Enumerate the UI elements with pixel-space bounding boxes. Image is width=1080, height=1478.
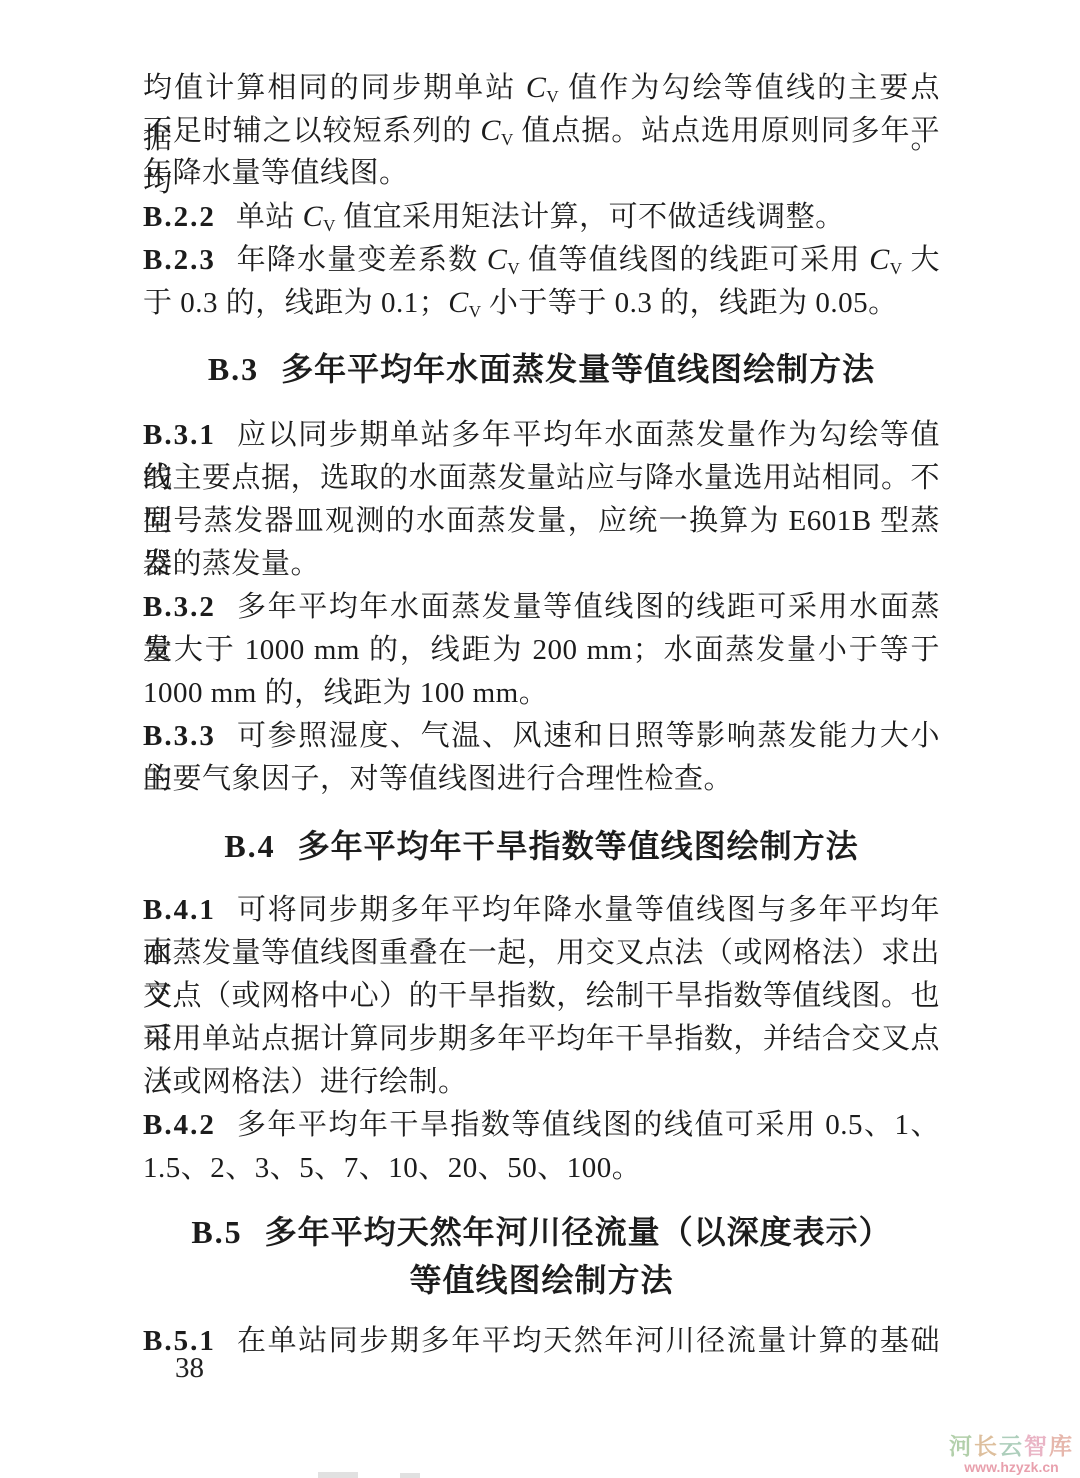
watermark-char: 智 xyxy=(1024,1433,1049,1459)
text-line: B.3.3可参照湿度、气温、风速和日照等影响蒸发能力大小的 xyxy=(143,715,940,758)
text-line: 量大于 1000 mm 的，线距为 200 mm；水面蒸发量小于等于 xyxy=(143,629,940,672)
clause-number: B.2.3 xyxy=(143,244,216,276)
heading-number: B.3 xyxy=(208,351,259,387)
heading-line: B.4多年平均年干旱指数等值线图绘制方法 xyxy=(143,823,940,869)
clause-number: B.3.1 xyxy=(143,419,216,451)
text-line: 叉点（或网格中心）的干旱指数，绘制干旱指数等值线图。也可 xyxy=(143,975,940,1018)
text-line: B.5.1在单站同步期多年平均天然年河川径流量计算的基础 xyxy=(143,1320,940,1363)
cv-symbol: CV xyxy=(303,201,336,233)
cv-symbol: CV xyxy=(480,115,513,147)
text-line: 均值计算相同的同步期单站 CV 值作为勾绘等值线的主要点据。 xyxy=(143,66,940,109)
clause-number: B.3.3 xyxy=(143,720,216,752)
text-line: B.4.2多年平均年干旱指数等值线图的线值可采用 0.5、1、 xyxy=(143,1104,940,1147)
cv-symbol: CV xyxy=(869,244,902,276)
heading-number: B.5 xyxy=(191,1214,242,1250)
cv-symbol: CV xyxy=(487,244,520,276)
watermark-char: 云 xyxy=(999,1433,1024,1459)
heading-line: B.5多年平均天然年河川径流量（以深度表示） xyxy=(143,1208,940,1256)
watermark: 河长云智库 www.hzyzk.cn xyxy=(949,1433,1074,1475)
section-heading: B.4多年平均年干旱指数等值线图绘制方法 xyxy=(143,823,940,869)
page-edge-artifact xyxy=(400,1473,420,1478)
watermark-char: 库 xyxy=(1049,1433,1074,1459)
heading-number: B.4 xyxy=(224,828,275,864)
document-page: 均值计算相同的同步期单站 CV 值作为勾绘等值线的主要点据。不足时辅之以较短系列… xyxy=(0,0,1080,1478)
text-line: 1.5、2、3、5、7、10、20、50、100。 xyxy=(143,1147,940,1190)
text-line: B.3.2多年平均年水面蒸发量等值线图的线距可采用水面蒸发 xyxy=(143,586,940,629)
section-heading: B.5多年平均天然年河川径流量（以深度表示）等值线图绘制方法 xyxy=(143,1208,940,1304)
text-line: 不足时辅之以较短系列的 CV 值点据。站点选用原则同多年平均 xyxy=(143,109,940,152)
watermark-char: 长 xyxy=(974,1433,999,1459)
text-line: 型号蒸发器皿观测的水面蒸发量，应统一换算为 E601B 型蒸发 xyxy=(143,500,940,543)
text-line: B.4.1可将同步期多年平均年降水量等值线图与多年平均年水 xyxy=(143,889,940,932)
watermark-char: 河 xyxy=(949,1433,974,1459)
heading-line: 等值线图绘制方法 xyxy=(143,1256,940,1304)
clause-number: B.2.2 xyxy=(143,201,216,233)
page-edge-artifact xyxy=(318,1472,358,1478)
text-line: 采用单站点据计算同步期多年平均年干旱指数，并结合交叉点法 xyxy=(143,1018,940,1061)
clause-number: B.4.1 xyxy=(143,894,216,926)
watermark-brand: 河长云智库 xyxy=(949,1433,1074,1459)
page-number: 38 xyxy=(175,1352,204,1385)
text-line: 主要气象因子，对等值线图进行合理性检查。 xyxy=(143,758,940,801)
section-heading: B.3多年平均年水面蒸发量等值线图绘制方法 xyxy=(143,346,940,392)
cv-symbol: CV xyxy=(448,287,481,319)
text-line: 面蒸发量等值线图重叠在一起，用交叉点法（或网格法）求出交 xyxy=(143,932,940,975)
text-line: B.2.2单站 CV 值宜采用矩法计算，可不做适线调整。 xyxy=(143,195,940,238)
text-line: 的主要点据，选取的水面蒸发量站应与降水量选用站相同。不同 xyxy=(143,457,940,500)
text-line: 1000 mm 的，线距为 100 mm。 xyxy=(143,672,940,715)
text-line: B.3.1应以同步期单站多年平均年水面蒸发量作为勾绘等值线 xyxy=(143,414,940,457)
clause-number: B.3.2 xyxy=(143,591,216,623)
clause-number: B.4.2 xyxy=(143,1109,216,1141)
text-line: 于 0.3 的，线距为 0.1；CV 小于等于 0.3 的，线距为 0.05。 xyxy=(143,281,940,324)
watermark-url: www.hzyzk.cn xyxy=(949,1459,1074,1475)
document-body: 均值计算相同的同步期单站 CV 值作为勾绘等值线的主要点据。不足时辅之以较短系列… xyxy=(143,66,940,1363)
heading-line: B.3多年平均年水面蒸发量等值线图绘制方法 xyxy=(143,346,940,392)
text-line: （或网格法）进行绘制。 xyxy=(143,1061,940,1104)
text-line: B.2.3年降水量变差系数 CV 值等值线图的线距可采用 CV 大 xyxy=(143,238,940,281)
cv-symbol: CV xyxy=(526,72,559,104)
text-line: 器的蒸发量。 xyxy=(143,543,940,586)
